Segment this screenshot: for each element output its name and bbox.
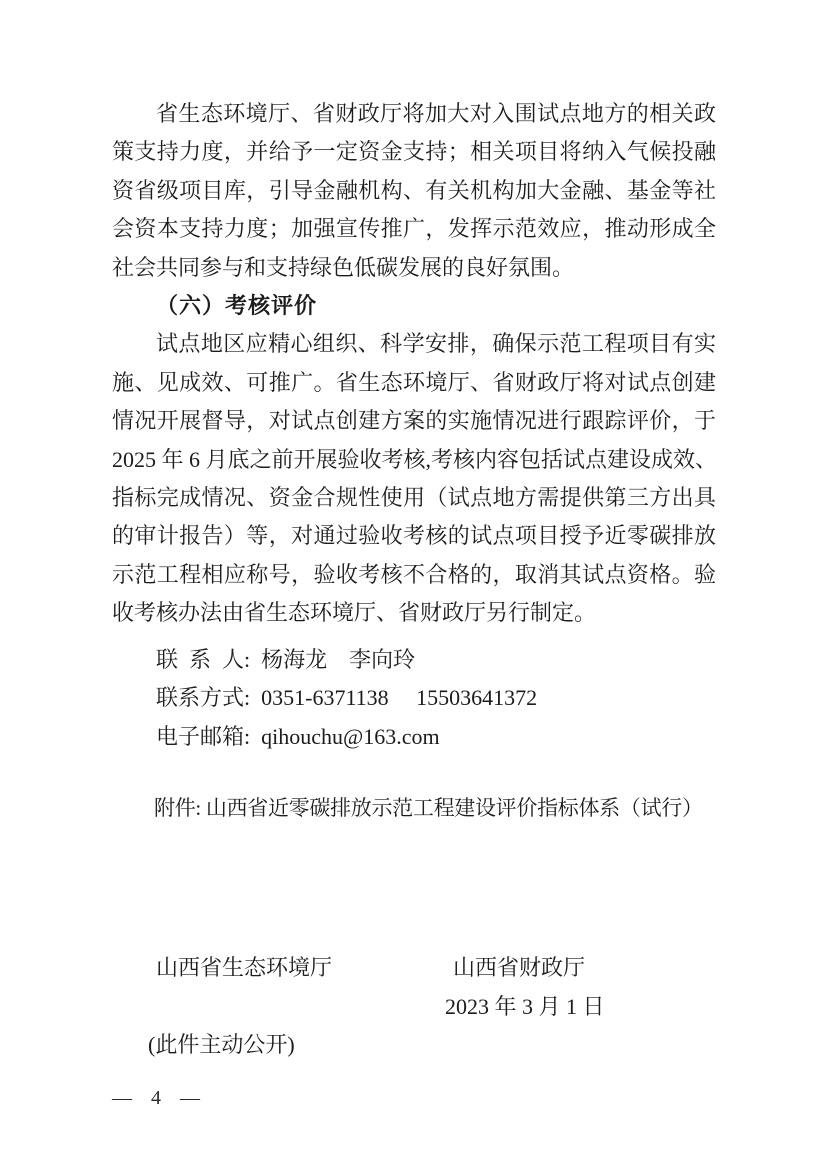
signature-orgs-row: 山西省生态环境厅 山西省财政厅 — [112, 949, 716, 987]
assessment-paragraph: 试点地区应精心组织、科学安排，确保示范工程项目有实施、见成效、可推广。省生态环境… — [112, 325, 716, 632]
document-page: 省生态环境厅、省财政厅将加大对入围试点地方的相关政策支持力度，并给予一定资金支持… — [0, 0, 826, 1169]
contact-info-block: 联 系 人: 杨海龙 李向玲联系方式: 0351-6371138 1550364… — [112, 641, 716, 756]
document-body: 省生态环境厅、省财政厅将加大对入围试点地方的相关政策支持力度，并给予一定资金支持… — [112, 95, 716, 1064]
signature-date-row: 2023 年 3 月 1 日 — [112, 988, 716, 1026]
attachment-line: 附件: 山西省近零碳排放示范工程建设评价指标体系（试行） — [112, 789, 716, 827]
section-heading-assessment: （六）考核评价 — [112, 287, 716, 325]
signature-org-ecology: 山西省生态环境厅 — [156, 949, 332, 987]
signature-date: 2023 年 3 月 1 日 — [445, 988, 605, 1026]
signature-org-finance: 山西省财政厅 — [453, 949, 585, 987]
page-number: — 4 — — [112, 1083, 206, 1113]
publish-note: (此件主动公开) — [148, 1026, 295, 1064]
policy-support-paragraph: 省生态环境厅、省财政厅将加大对入围试点地方的相关政策支持力度，并给予一定资金支持… — [112, 95, 716, 287]
publish-note-row: (此件主动公开) — [112, 1026, 716, 1064]
signature-block: 山西省生态环境厅 山西省财政厅 2023 年 3 月 1 日 (此件主动公开) — [112, 949, 716, 1064]
